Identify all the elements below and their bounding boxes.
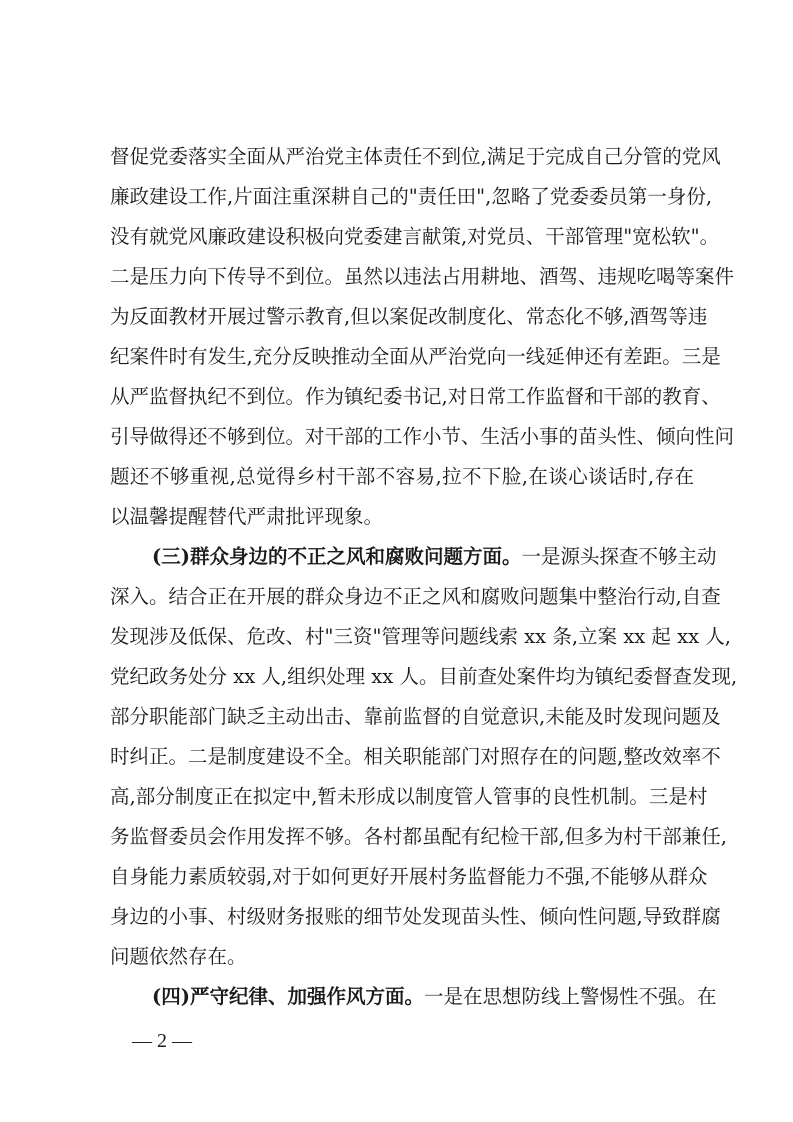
- text-line: 督促党委落实全面从严治党主体责任不到位,满足于完成自己分管的党风: [110, 137, 694, 177]
- text-run: 一是在思想防线上警惕性不强。在: [424, 985, 717, 1008]
- text-line: 没有就党风廉政建设积极向党委建言献策,对党员、干部管理"宽松软"。: [110, 217, 694, 257]
- section-three-first-line: (三)群众身边的不正之风和腐败问题方面。一是源头探查不够主动: [152, 537, 694, 577]
- text-line: 以温馨提醒替代严肃批评现象。: [110, 497, 694, 537]
- text-line: 为反面教材开展过警示教育,但以案促改制度化、常态化不够,酒驾等违: [110, 297, 694, 337]
- text-line: 部分职能部门缺乏主动出击、靠前监督的自觉意识,未能及时发现问题及: [110, 697, 694, 737]
- text-line: 题还不够重视,总觉得乡村干部不容易,拉不下脸,在谈心谈话时,存在: [110, 457, 694, 497]
- text-line: 引导做得还不够到位。对干部的工作小节、生活小事的苗头性、倾向性问: [110, 417, 694, 457]
- text-line: 高,部分制度正在拟定中,暂未形成以制度管人管事的良性机制。三是村: [110, 777, 694, 817]
- text-line: 二是压力向下传导不到位。虽然以违法占用耕地、酒驾、违规吃喝等案件: [110, 257, 694, 297]
- text-line: 深入。结合正在开展的群众身边不正之风和腐败问题集中整治行动,自查: [110, 577, 694, 617]
- page-number: — 2 —: [132, 1030, 192, 1053]
- text-line: 自身能力素质较弱,对于如何更好开展村务监督能力不强,不能够从群众: [110, 857, 694, 897]
- text-line: 问题依然存在。: [110, 937, 694, 977]
- text-line: 从严监督执纪不到位。作为镇纪委书记,对日常工作监督和干部的教育、: [110, 377, 694, 417]
- text-run: 一是源头探查不够主动: [521, 545, 716, 568]
- text-line: 廉政建设工作,片面注重深耕自己的"责任田",忽略了党委委员第一身份,: [110, 177, 694, 217]
- section-heading: (三)群众身边的不正之风和腐败问题方面。: [152, 545, 521, 568]
- section-heading: (四)严守纪律、加强作风方面。: [152, 985, 424, 1008]
- text-line: 发现涉及低保、危改、村"三资"管理等问题线索 xx 条,立案 xx 起 xx 人…: [110, 617, 694, 657]
- text-line: 务监督委员会作用发挥不够。各村都虽配有纪检干部,但多为村干部兼任,: [110, 817, 694, 857]
- section-four-first-line: (四)严守纪律、加强作风方面。一是在思想防线上警惕性不强。在: [152, 977, 694, 1017]
- text-line: 时纠正。二是制度建设不全。相关职能部门对照存在的问题,整改效率不: [110, 737, 694, 777]
- document-page: 督促党委落实全面从严治党主体责任不到位,满足于完成自己分管的党风 廉政建设工作,…: [0, 0, 793, 1122]
- text-line: 身边的小事、村级财务报账的细节处发现苗头性、倾向性问题,导致群腐: [110, 897, 694, 937]
- text-line: 纪案件时有发生,充分反映推动全面从严治党向一线延伸还有差距。三是: [110, 337, 694, 377]
- text-line: 党纪政务处分 xx 人,组织处理 xx 人。目前查处案件均为镇纪委督查发现,: [110, 657, 694, 697]
